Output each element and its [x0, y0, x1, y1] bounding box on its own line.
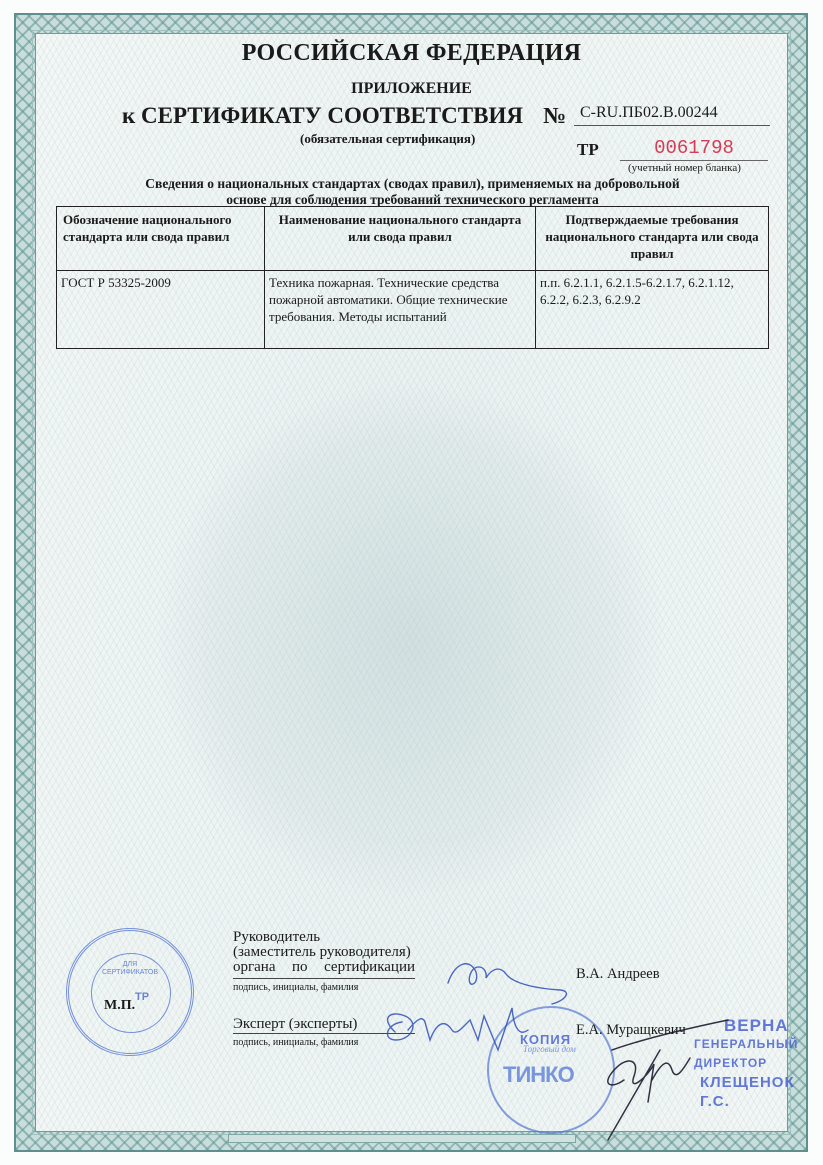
header-designation: Обозначение национального стандарта или …	[57, 207, 265, 271]
number-sign: №	[543, 103, 566, 129]
blank-number-caption: (учетный номер бланка)	[628, 162, 741, 174]
head-role: Руководитель (заместитель руководителя) …	[233, 930, 415, 975]
certificate-number: C-RU.ПБ02.В.00244	[574, 104, 770, 126]
expert-signature-caption: подпись, инициалы, фамилия	[233, 1037, 358, 1048]
table-row: ГОСТ Р 53325-2009 Техника пожарная. Техн…	[57, 271, 769, 349]
cell-designation: ГОСТ Р 53325-2009	[57, 271, 265, 349]
country-title: РОССИЙСКАЯ ФЕДЕРАЦИЯ	[0, 40, 823, 67]
blank-manufacturer-strip	[228, 1134, 576, 1143]
expert-signature-line	[233, 1033, 415, 1034]
tr-logo-icon: ТР	[135, 991, 149, 1003]
head-signature-caption: подпись, инициалы, фамилия	[233, 982, 358, 993]
certificate-title: к СЕРТИФИКАТУ СООТВЕТСТВИЯ	[122, 103, 523, 129]
head-role-line3: органа по сертификации	[233, 960, 415, 975]
table-header-row: Обозначение национального стандарта или …	[57, 207, 769, 271]
series-label: ТР	[577, 140, 599, 160]
expert-role-text: Эксперт (эксперты)	[233, 1017, 415, 1032]
section-title-line1: Сведения о национальных стандартах (свод…	[90, 176, 735, 192]
copy-verified-stamp: КОПИЯ ВЕРНА ГЕНЕРАЛЬНЫЙ ДИРЕКТОР КЛЕЩЕНО…	[700, 1016, 823, 1111]
seal-center-text: ДЛЯ СЕРТИФИКАТОВ	[69, 961, 191, 977]
header-requirements: Подтверждаемые требования национального …	[536, 207, 769, 271]
head-role-line2: (заместитель руководителя)	[233, 945, 415, 960]
stamp-director-title: ГЕНЕРАЛЬНЫЙ ДИРЕКТОР	[694, 1035, 823, 1073]
seal-text-line1: ДЛЯ	[69, 961, 191, 969]
watermark-emblem	[150, 380, 670, 900]
stamp-verified-word: ВЕРНА	[700, 1016, 823, 1035]
certification-body-seal: ДЛЯ СЕРТИФИКАТОВ ТР	[66, 928, 194, 1056]
certification-type: (обязательная сертификация)	[300, 131, 475, 147]
expert-role: Эксперт (эксперты)	[233, 1017, 415, 1032]
company-seal-brand: ТИНКО	[503, 1062, 574, 1088]
standards-table: Обозначение национального стандарта или …	[56, 206, 769, 349]
expert-name: Е.А. Муращкевич	[576, 1022, 686, 1039]
header-name: Наименование национального стандарта или…	[265, 207, 536, 271]
section-title: Сведения о национальных стандартах (свод…	[90, 176, 735, 208]
cell-name: Техника пожарная. Технические средства п…	[265, 271, 536, 349]
seal-text-line2: СЕРТИФИКАТОВ	[69, 969, 191, 977]
stamp-director-name: КЛЕЩЕНОК Г.С.	[700, 1073, 823, 1111]
stamp-copy-word: КОПИЯ	[520, 1030, 571, 1049]
head-signature-line	[233, 978, 415, 979]
head-name: В.А. Андреев	[576, 966, 660, 983]
appendix-title: ПРИЛОЖЕНИЕ	[0, 80, 823, 98]
cell-requirements: п.п. 6.2.1.1, 6.2.1.5-6.2.1.7, 6.2.1.12,…	[536, 271, 769, 349]
seal-place-label: М.П.	[104, 998, 135, 1014]
head-role-line1: Руководитель	[233, 930, 415, 945]
blank-number: 0061798	[620, 137, 768, 161]
